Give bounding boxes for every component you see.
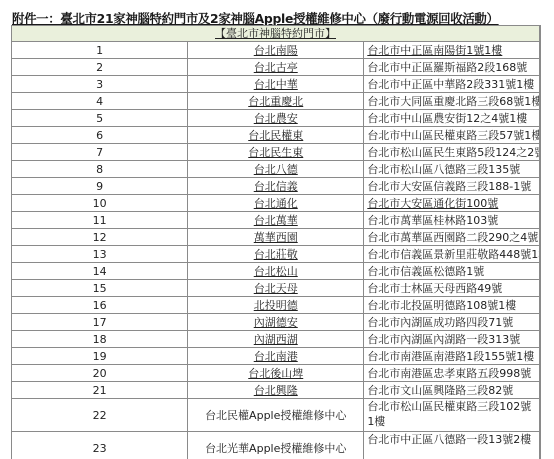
store-address: 台北市萬華區西園路二段290之4號 — [367, 231, 538, 244]
store-name-link[interactable]: 內湖西湖 — [254, 333, 298, 346]
store-name-link: 台北光華Apple授權維修中心 — [205, 442, 346, 455]
store-name-cell: 台北後山埤 — [188, 365, 364, 382]
store-address: 台北市萬華區桂林路103號 — [367, 214, 498, 227]
row-number: 23 — [12, 432, 188, 459]
store-name-link[interactable]: 台北南港 — [254, 350, 298, 363]
store-address-cell: 台北市大安區通化街100號 — [364, 195, 540, 212]
store-address-cell: 台北市萬華區西園路二段290之4號 — [364, 229, 540, 246]
row-number: 2 — [12, 59, 188, 76]
store-address: 台北市文山區興隆路三段82號 — [367, 384, 513, 397]
table-row: 3台北中華台北市中正區中華路2段331號1樓 — [12, 76, 541, 93]
row-number: 11 — [12, 212, 188, 229]
row-number: 22 — [12, 399, 188, 432]
store-address: 台北市中山區民權東路三段57號1樓 — [367, 129, 540, 142]
row-number: 4 — [12, 93, 188, 110]
row-number: 18 — [12, 331, 188, 348]
store-name-cell: 北投明德 — [188, 297, 364, 314]
table-row: 17內湖德安台北市內湖區成功路四段71號 — [12, 314, 541, 331]
store-name-link[interactable]: 台北後山埤 — [248, 367, 303, 380]
store-address: 台北市內湖區內湖路一段313號 — [367, 333, 520, 346]
store-address: 台北市南港區南港路1段155號1樓 — [367, 350, 534, 363]
store-address-cell: 台北市內湖區內湖路一段313號 — [364, 331, 540, 348]
table-row: 16北投明德台北市北投區明德路108號1樓 — [12, 297, 541, 314]
table-row: 4台北重慶北台北市大同區重慶北路三段68號1樓 — [12, 93, 541, 110]
store-address: 台北市松山區民權東路三段102號1樓 — [367, 400, 531, 428]
store-name-link[interactable]: 台北古亭 — [254, 61, 298, 74]
store-name-link[interactable]: 台北農安 — [254, 112, 298, 125]
table-row: 14台北松山台北市信義區松德路1號 — [12, 263, 541, 280]
table-row: 23台北光華Apple授權維修中心台北市中正區八德路一段13號2樓 — [12, 432, 541, 459]
table-row: 20台北後山埤台北市南港區忠孝東路五段998號 — [12, 365, 541, 382]
store-address: 台北市南港區忠孝東路五段998號 — [367, 367, 531, 380]
table-row: 10台北通化台北市大安區通化街100號 — [12, 195, 541, 212]
store-address-cell: 台北市中山區農安街12之4號1樓 — [364, 110, 540, 127]
row-number: 9 — [12, 178, 188, 195]
row-number: 12 — [12, 229, 188, 246]
store-address-cell: 台北市松山區民生東路5段124之2號 — [364, 144, 540, 161]
store-address-cell: 台北市中正區羅斯福路2段168號 — [364, 59, 540, 76]
store-name-cell: 台北信義 — [188, 178, 364, 195]
store-name-cell: 內湖德安 — [188, 314, 364, 331]
store-name-cell: 台北南陽 — [188, 42, 364, 59]
store-address-cell: 台北市中正區南陽街1號1樓 — [364, 42, 540, 59]
store-name-cell: 台北興隆 — [188, 382, 364, 399]
store-name-link[interactable]: 台北民生東 — [248, 146, 303, 159]
section-header: 【臺北市神腦特約門市】 — [12, 26, 541, 42]
store-name-link[interactable]: 台北民權東 — [248, 129, 303, 142]
row-number: 3 — [12, 76, 188, 93]
store-address: 台北市中正區八德路一段13號2樓 — [367, 433, 531, 446]
store-address-cell: 台北市南港區南港路1段155號1樓 — [364, 348, 540, 365]
store-address-cell: 台北市信義區景新里莊敬路448號1樓 — [364, 246, 540, 263]
store-address[interactable]: 台北市大安區通化街100號 — [367, 197, 498, 210]
section-header-row: 【臺北市神腦特約門市】 — [12, 26, 541, 42]
table-row: 11台北萬華台北市萬華區桂林路103號 — [12, 212, 541, 229]
store-name-cell: 台北農安 — [188, 110, 364, 127]
table-row: 6台北民權東台北市中山區民權東路三段57號1樓 — [12, 127, 541, 144]
store-name-link[interactable]: 萬華西園 — [254, 231, 298, 244]
store-name-link[interactable]: 台北興隆 — [254, 384, 298, 397]
store-name-link: 台北民權Apple授權維修中心 — [205, 409, 346, 422]
row-number: 5 — [12, 110, 188, 127]
store-name-cell: 內湖西湖 — [188, 331, 364, 348]
row-number: 6 — [12, 127, 188, 144]
store-address: 台北市信義區景新里莊敬路448號1樓 — [367, 248, 540, 261]
store-name-link[interactable]: 台北八德 — [254, 163, 298, 176]
store-address: 台北市士林區天母西路49號 — [367, 282, 502, 295]
store-name-link[interactable]: 台北萬華 — [254, 214, 298, 227]
table-row: 9台北信義台北市大安區信義路三段188-1號 — [12, 178, 541, 195]
section-header-label: 【臺北市神腦特約門市】 — [215, 27, 336, 40]
table-row: 2台北古亭台北市中正區羅斯福路2段168號 — [12, 59, 541, 76]
store-address-cell: 台北市松山區八德路三段135號 — [364, 161, 540, 178]
store-address: 台北市信義區松德路1號 — [367, 265, 484, 278]
store-address-cell: 台北市文山區興隆路三段82號 — [364, 382, 540, 399]
store-address-cell: 台北市北投區明德路108號1樓 — [364, 297, 540, 314]
table-row: 12萬華西園台北市萬華區西園路二段290之4號 — [12, 229, 541, 246]
table-row: 19台北南港台北市南港區南港路1段155號1樓 — [12, 348, 541, 365]
store-name-cell: 台北萬華 — [188, 212, 364, 229]
store-name-cell: 台北古亭 — [188, 59, 364, 76]
store-address: 台北市內湖區成功路四段71號 — [367, 316, 513, 329]
store-name-cell: 台北民生東 — [188, 144, 364, 161]
table-row: 13台北莊敬台北市信義區景新里莊敬路448號1樓 — [12, 246, 541, 263]
store-name-cell: 台北民權Apple授權維修中心 — [188, 399, 364, 432]
store-address: 台北市北投區明德路108號1樓 — [367, 299, 516, 312]
store-address-cell: 台北市松山區民權東路三段102號1樓 — [364, 399, 540, 432]
store-address-cell: 台北市中山區民權東路三段57號1樓 — [364, 127, 540, 144]
row-number: 16 — [12, 297, 188, 314]
store-name-cell: 台北松山 — [188, 263, 364, 280]
store-address-cell: 台北市信義區松德路1號 — [364, 263, 540, 280]
table-row: 7台北民生東台北市松山區民生東路5段124之2號 — [12, 144, 541, 161]
table-row: 1台北南陽台北市中正區南陽街1號1樓 — [12, 42, 541, 59]
row-number: 7 — [12, 144, 188, 161]
store-name-link[interactable]: 台北莊敬 — [254, 248, 298, 261]
store-address-cell: 台北市南港區忠孝東路五段998號 — [364, 365, 540, 382]
row-number: 17 — [12, 314, 188, 331]
store-address-cell: 台北市士林區天母西路49號 — [364, 280, 540, 297]
store-name-cell: 台北八德 — [188, 161, 364, 178]
store-table: 【臺北市神腦特約門市】 1台北南陽台北市中正區南陽街1號1樓2台北古亭台北市中正… — [11, 25, 541, 459]
store-name-link[interactable]: 台北信義 — [254, 180, 298, 193]
store-name-link[interactable]: 台北松山 — [254, 265, 298, 278]
row-number: 15 — [12, 280, 188, 297]
store-name-link[interactable]: 北投明德 — [254, 299, 298, 312]
table-row: 22台北民權Apple授權維修中心台北市松山區民權東路三段102號1樓 — [12, 399, 541, 432]
store-name-link[interactable]: 內湖德安 — [254, 316, 298, 329]
store-address-cell: 台北市中正區中華路2段331號1樓 — [364, 76, 540, 93]
store-name-cell: 台北光華Apple授權維修中心 — [188, 432, 364, 459]
table-row: 5台北農安台北市中山區農安街12之4號1樓 — [12, 110, 541, 127]
row-number: 8 — [12, 161, 188, 178]
row-number: 20 — [12, 365, 188, 382]
store-name-cell: 台北重慶北 — [188, 93, 364, 110]
store-name-cell: 萬華西園 — [188, 229, 364, 246]
store-name-cell: 台北南港 — [188, 348, 364, 365]
row-number: 1 — [12, 42, 188, 59]
store-name-cell: 台北莊敬 — [188, 246, 364, 263]
table-row: 8台北八德台北市松山區八德路三段135號 — [12, 161, 541, 178]
store-address-cell: 台北市大安區信義路三段188-1號 — [364, 178, 540, 195]
row-number: 14 — [12, 263, 188, 280]
store-address: 台北市松山區八德路三段135號 — [367, 163, 520, 176]
store-address-cell: 台北市內湖區成功路四段71號 — [364, 314, 540, 331]
store-address-cell: 台北市中正區八德路一段13號2樓 — [364, 432, 540, 459]
row-number: 19 — [12, 348, 188, 365]
store-name-link[interactable]: 台北天母 — [254, 282, 298, 295]
store-address: 台北市中正區羅斯福路2段168號 — [367, 61, 527, 74]
store-address: 台北市大安區信義路三段188-1號 — [367, 180, 531, 193]
store-address: 台北市中山區農安街12之4號1樓 — [367, 112, 527, 125]
store-address: 台北市大同區重慶北路三段68號1樓 — [367, 95, 540, 108]
store-name-link[interactable]: 台北南陽 — [254, 44, 298, 57]
row-number: 21 — [12, 382, 188, 399]
store-name-cell: 台北民權東 — [188, 127, 364, 144]
store-name-cell: 台北通化 — [188, 195, 364, 212]
store-address[interactable]: 台北市中正區南陽街1號1樓 — [367, 44, 502, 57]
row-number: 13 — [12, 246, 188, 263]
store-address-cell: 台北市大同區重慶北路三段68號1樓 — [364, 93, 540, 110]
store-name-link[interactable]: 台北重慶北 — [248, 95, 303, 108]
table-row: 21台北興隆台北市文山區興隆路三段82號 — [12, 382, 541, 399]
store-name-cell: 台北中華 — [188, 76, 364, 93]
store-name-cell: 台北天母 — [188, 280, 364, 297]
row-number: 10 — [12, 195, 188, 212]
store-address: 台北市松山區民生東路5段124之2號 — [367, 146, 540, 159]
store-name-link[interactable]: 台北中華 — [254, 78, 298, 91]
store-address-cell: 台北市萬華區桂林路103號 — [364, 212, 540, 229]
table-row: 15台北天母台北市士林區天母西路49號 — [12, 280, 541, 297]
store-name-link[interactable]: 台北通化 — [254, 197, 298, 210]
table-row: 18內湖西湖台北市內湖區內湖路一段313號 — [12, 331, 541, 348]
store-address: 台北市中正區中華路2段331號1樓 — [367, 78, 534, 91]
